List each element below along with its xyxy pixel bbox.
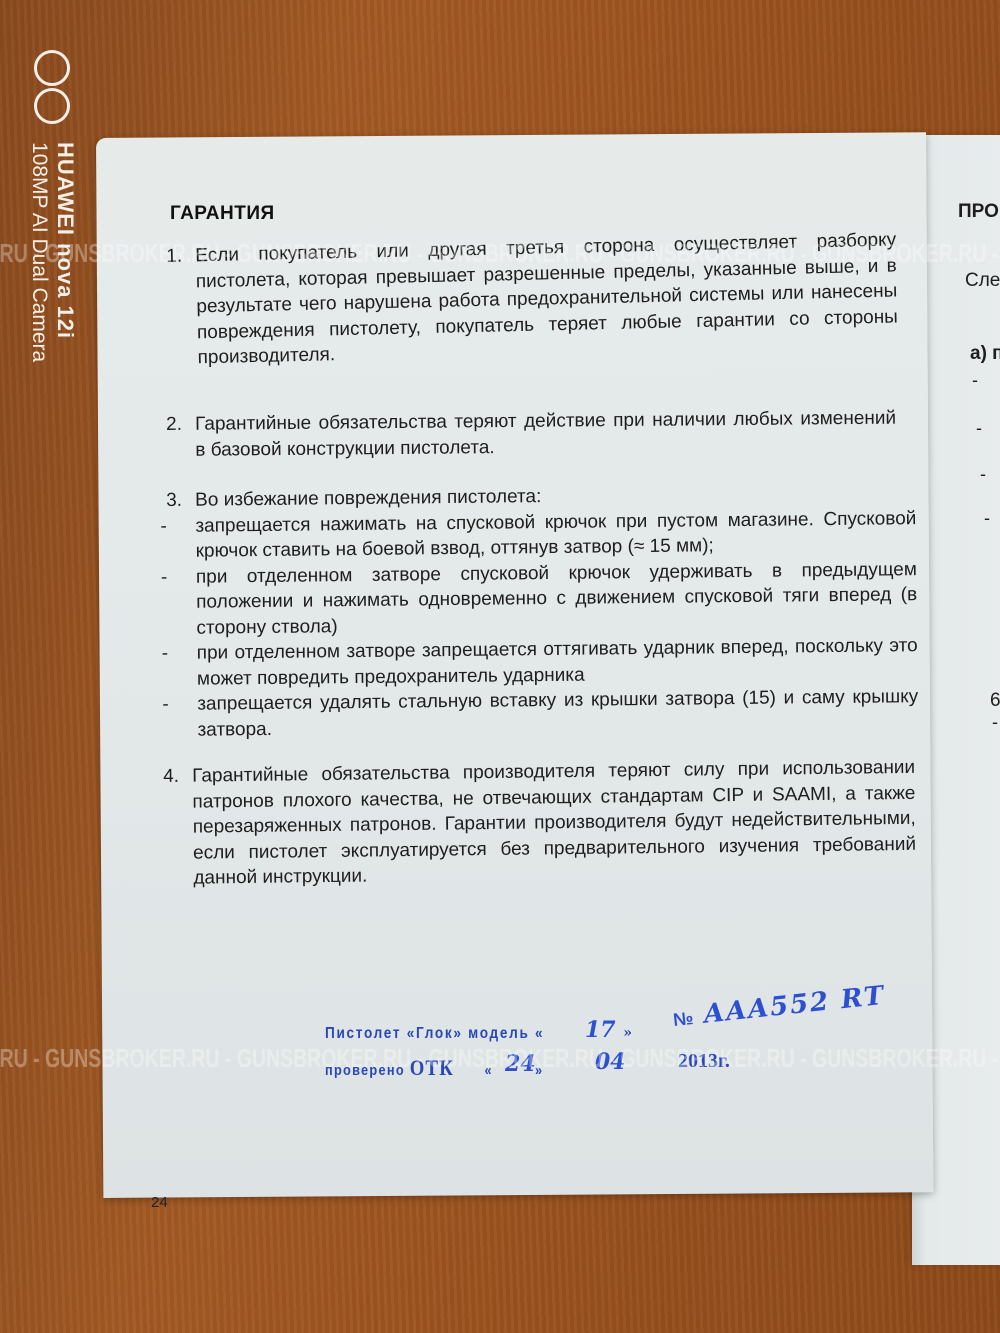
camera-watermark-text: HUAWEI nova 12i 108MP AI Dual Camera [26, 142, 78, 362]
serial-number: AAA552 RT [702, 981, 886, 1030]
item-text: Гарантийные обязательства теряют действи… [195, 406, 896, 463]
stamp-quote-close: » [623, 1025, 632, 1041]
site-watermark: R.RU - GUNSBROKER.RU - GUNSBROKER.RU - G… [0, 1043, 1000, 1074]
number-sign: № [672, 1008, 694, 1030]
right-page-dash: - [980, 464, 986, 485]
model-number: 17 [585, 1017, 616, 1043]
right-page-dash: - [972, 370, 978, 391]
stamp-line-model: Пистолет «Глок» модель « [325, 1025, 544, 1043]
item-text: Гарантийные обязательства производителя … [192, 755, 917, 891]
warranty-item-2: 2. Гарантийные обязательства теряют дейс… [166, 406, 896, 463]
right-page-number-fragment: 6 [990, 690, 1000, 712]
page-title: ГАРАНТИЯ [170, 203, 275, 225]
bullet-item: - запрещается удалять стальную вставку и… [168, 684, 918, 743]
handwritten-model: 17 » [585, 1017, 632, 1043]
right-page-subheading-fragment: а) п [970, 343, 1000, 365]
camera-spec: 108MP AI Dual Camera [26, 142, 52, 362]
bullet-dash: - [160, 513, 180, 539]
bullet-item: - запрещается нажимать на спусковой крюч… [166, 506, 916, 565]
site-watermark: R.RU - GUNSBROKER.RU - GUNSBROKER.RU - G… [0, 238, 1000, 269]
right-page-dash: - [984, 508, 990, 529]
item-number: 3. [166, 488, 182, 514]
bullet-item: - при отделенном затворе спусковой крючо… [167, 557, 918, 641]
bullet-dash: - [162, 692, 182, 718]
bullet-text: при отделенном затворе запрещается оттяг… [197, 633, 918, 692]
stamp-model-label: Пистолет «Глок» модель « [325, 1025, 544, 1042]
warranty-item-3: 3. Во избежание повреждения пистолета: -… [166, 480, 919, 743]
bullet-text: запрещается удалять стальную вставку из … [197, 684, 918, 743]
bullet-dash: - [162, 641, 182, 667]
page-content: ГАРАНТИЯ 1. Если покупатель или другая т… [0, 0, 1000, 1333]
camera-logo-icon [34, 50, 70, 126]
right-page-dash: - [976, 418, 982, 439]
handwritten-serial: № AAA552 RT [671, 981, 886, 1033]
bullet-dash: - [161, 564, 181, 590]
bullet-text: при отделенном затворе спусковой крючок … [196, 557, 918, 641]
warranty-item-4: 4. Гарантийные обязательства производите… [163, 755, 917, 892]
page-number: 24 [151, 1194, 168, 1211]
right-page-text-fragment: Сле [965, 270, 1000, 292]
bullet-item: - при отделенном затворе запрещается отт… [168, 633, 918, 692]
camera-watermark: HUAWEI nova 12i 108MP AI Dual Camera [24, 50, 84, 430]
bullet-text: запрещается нажимать на спусковой крючок… [195, 506, 916, 565]
item-number: 4. [163, 764, 179, 790]
right-page-dash: - [992, 712, 998, 733]
item-number: 2. [166, 412, 182, 438]
camera-brand: HUAWEI nova 12i [52, 142, 78, 362]
right-page-title-fragment: ПРО [958, 201, 999, 223]
